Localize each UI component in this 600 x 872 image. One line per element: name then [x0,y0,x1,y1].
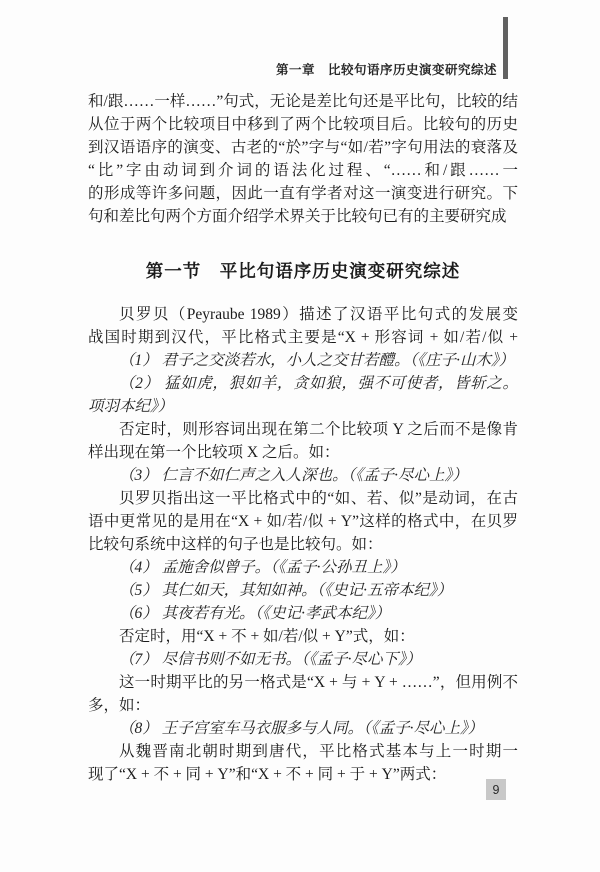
body-text-line: 战国时期到汉代，平比格式主要是“X + 形容词 + 如/若/似 + Y”，如： [88,326,518,349]
example-sentence-line: （7） 尽信书则不如无书。（《孟子·尽心下》） [88,648,518,671]
example-sentence-line: （1） 君子之交淡若水，小人之交甘若醴。（《庄子·山木》） [88,349,518,372]
body-text-line: “比”字由动词到介词的语法化过程、“……和/跟……一样……”句式 [88,159,518,182]
example-sentence-line: 项羽本纪》） [88,395,518,418]
example-sentence-line: （2） 猛如虎，狠如羊，贪如狼，强不可使者，皆斩之。（《史记· [88,372,518,395]
body-text-line: 否定时，则形容词出现在第二个比较项 Y 之后而不是像肯定式那 [88,418,518,441]
example-sentence-line: （6） 其夜若有光。（《史记·孝武本纪》） [88,602,518,625]
example-sentence-line: （5） 其仁如天，其知如神。（《史记·五帝本纪》） [88,579,518,602]
section-paragraphs: 贝罗贝（Peyraube 1989）描述了汉语平比句式的发展变化。从春秋战国时期… [88,303,518,786]
book-page: 第一章 比较句语序历史演变研究综述 和/跟……一样……”句式，无论是差比句还是平… [0,0,600,872]
body-text-line: 多，如： [88,694,518,717]
body-text-line: 这一时期平比的另一格式是“X + 与 + Y + ……”，但用例不 [88,671,518,694]
page-number-badge: 9 [486,779,506,800]
body-text-line: 的形成等许多问题，因此一直有学者对这一演变进行研究。下面从平比 [88,182,518,205]
body-text-line: 样出现在第一个比较项 X 之后。如： [88,441,518,464]
body-text-line: 从位于两个比较项目中移到了两个比较项目后。比较句的历史演变涉及 [88,113,518,136]
header-rule-bar [503,17,508,79]
body-text-line: 否定时，用“X + 不 + 如/若/似 + Y”式，如： [88,625,518,648]
body-text-line: 到汉语语序的演变、古老的“於”字与“如/若”字句用法的衰落及 [88,136,518,159]
section-heading: 第一节 平比句语序历史演变研究综述 [88,258,518,284]
body-text-line: 从魏晋南北朝时期到唐代，平比格式基本与上一时期一样，只是出 [88,740,518,763]
example-sentence-line: （8） 王子宫室车马衣服多与人同。（《孟子·尽心上》） [88,717,518,740]
body-text-line: 贝罗贝指出这一平比格式中的“如、若、似”是动词，在古代汉 [88,487,518,510]
body-text-line: 贝罗贝（Peyraube 1989）描述了汉语平比句式的发展变化。从春秋 [88,303,518,326]
page-body: 和/跟……一样……”句式，无论是差比句还是平比句，比较的结果都从位于两个比较项目… [88,90,518,786]
example-sentence-line: （3） 仁言不如仁声之入人深也。（《孟子·尽心上》） [88,464,518,487]
body-text-line: 现了“X + 不 + 同 + Y”和“X + 不 + 同 + 于 + Y”两式： [88,763,518,786]
body-text-line: 和/跟……一样……”句式，无论是差比句还是平比句，比较的结果都 [88,90,518,113]
body-text-line: 语中更常见的是用在“X + 如/若/似 + Y”这样的格式中，在贝罗贝的 [88,510,518,533]
example-sentence-line: （4） 孟施舍似曾子。（《孟子·公孙丑上》） [88,556,518,579]
running-header-chapter-title: 第一章 比较句语序历史演变研究综述 [276,60,497,78]
intro-paragraph: 和/跟……一样……”句式，无论是差比句还是平比句，比较的结果都从位于两个比较项目… [88,90,518,228]
body-text-line: 比较句系统中这样的句子也是比较句。如： [88,533,518,556]
body-text-line: 句和差比句两个方面介绍学术界关于比较句已有的主要研究成果。 [88,205,518,228]
